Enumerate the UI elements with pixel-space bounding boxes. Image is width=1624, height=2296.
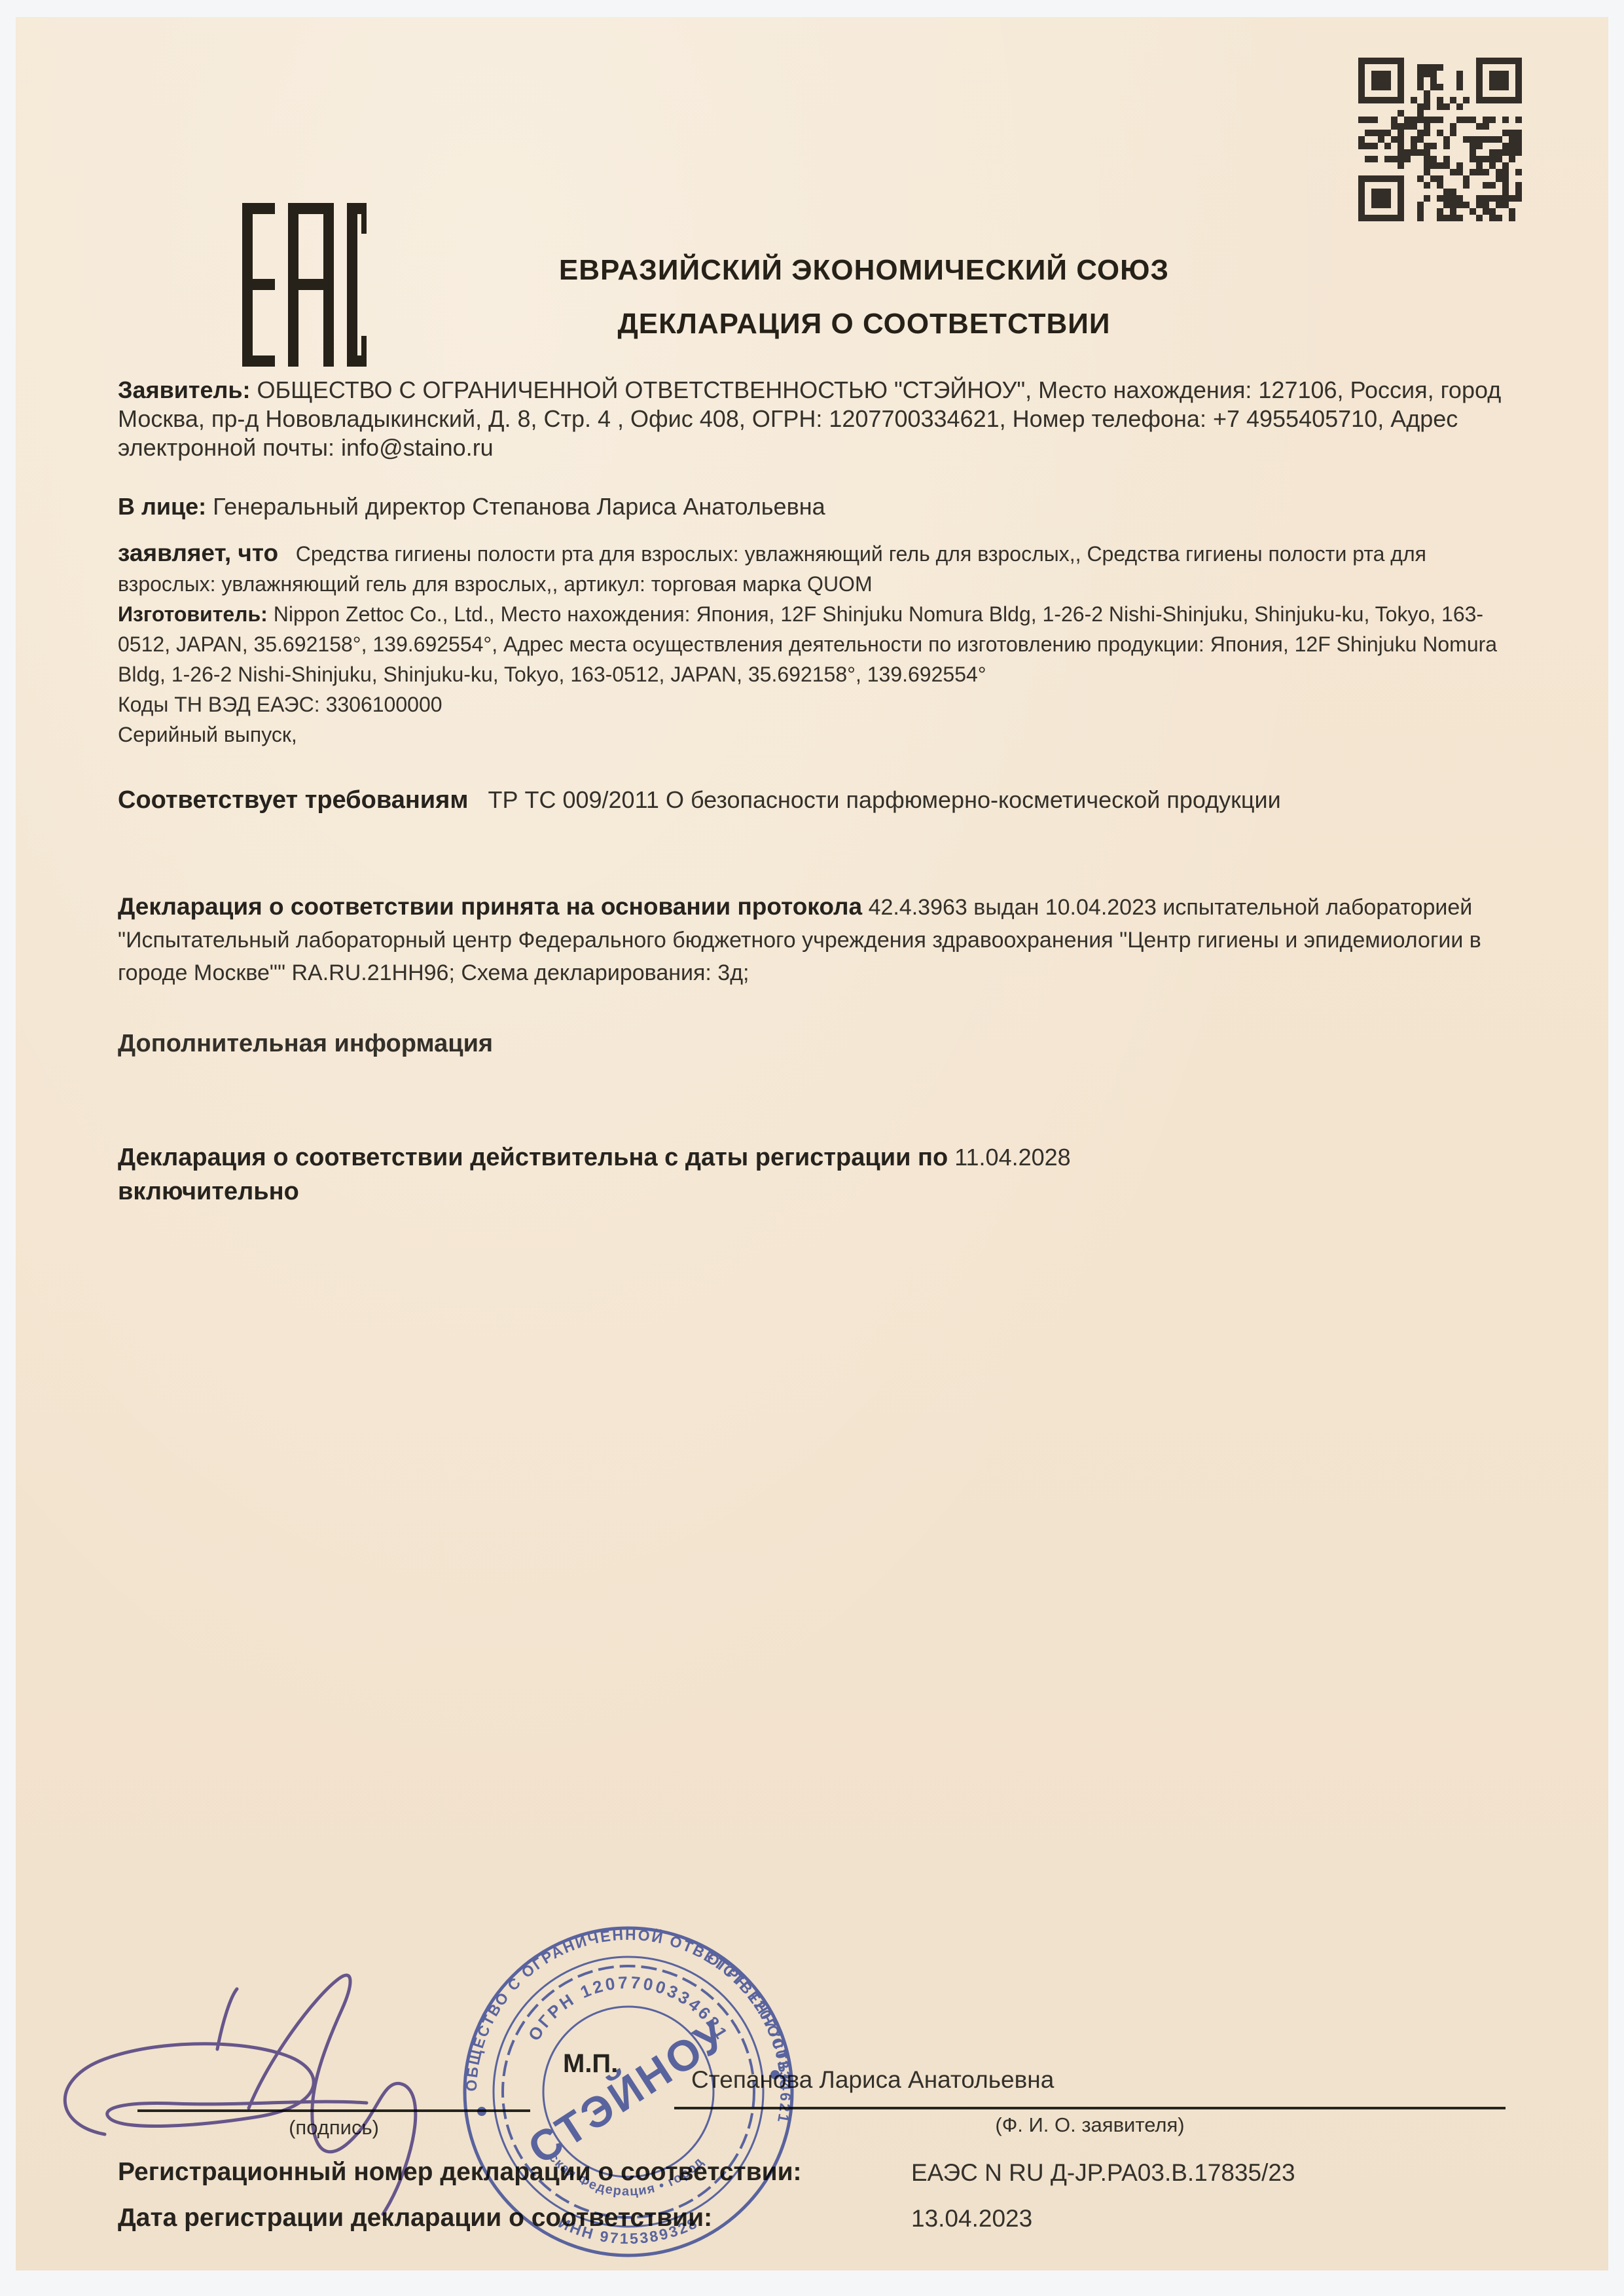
page-subtitle: ДЕКЛАРАЦИЯ О СООТВЕТСТВИИ — [262, 308, 1466, 340]
page-title: ЕВРАЗИЙСКИЙ ЭКОНОМИЧЕСКИЙ СОЮЗ — [262, 254, 1466, 287]
signature — [26, 1918, 583, 2259]
serial-issue: Серийный выпуск, — [118, 720, 1525, 750]
declares-label: заявляет, что — [118, 539, 278, 566]
reg-number-value: ЕАЭС N RU Д-JP.РА03.В.17835/23 — [911, 2159, 1295, 2187]
person-label: В лице: — [118, 493, 206, 520]
additional-info-label: Дополнительная информация — [118, 1029, 1525, 1058]
scanned-declaration-page: { "header": { "eac_logo": "eac-mark", "q… — [0, 0, 1624, 2296]
person-text: Генеральный директор Степанова Лариса Ан… — [213, 493, 825, 520]
applicant-text: ОБЩЕСТВО С ОГРАНИЧЕННОЙ ОТВЕТСТВЕННОСТЬЮ… — [118, 376, 1501, 461]
manufacturer-text: Nippon Zettoc Co., Ltd., Место нахождени… — [118, 602, 1497, 686]
person-paragraph: В лице: Генеральный директор Степанова Л… — [118, 492, 1525, 521]
validity-paragraph: Декларация о соответствии действительна … — [118, 1140, 1525, 1209]
validity-suffix: включительно — [118, 1178, 299, 1205]
applicant-paragraph: Заявитель: ОБЩЕСТВО С ОГРАНИЧЕННОЙ ОТВЕТ… — [118, 376, 1525, 462]
document-paper: ЕВРАЗИЙСКИЙ ЭКОНОМИЧЕСКИЙ СОЮЗ ДЕКЛАРАЦИ… — [16, 17, 1608, 2270]
comply-label: Соответствует требованиям — [118, 786, 468, 814]
reg-date-value: 13.04.2023 — [911, 2205, 1032, 2232]
validity-date: 11.04.2028 — [954, 1144, 1071, 1171]
basis-label: Декларация о соответствии принята на осн… — [118, 893, 862, 920]
qr-code — [1358, 58, 1522, 221]
manufacturer-paragraph: Изготовитель: Nippon Zettoc Co., Ltd., М… — [118, 599, 1525, 750]
manufacturer-label: Изготовитель: — [118, 602, 268, 626]
comply-paragraph: Соответствует требованиям ТР ТС 009/2011… — [118, 783, 1525, 817]
declares-text: Средства гигиены полости рта для взрослы… — [118, 542, 1426, 596]
declares-paragraph: заявляет, что Средства гигиены полости р… — [118, 538, 1525, 599]
basis-paragraph: Декларация о соответствии принята на осн… — [118, 890, 1525, 989]
tnved-codes: Коды ТН ВЭД ЕАЭС: 3306100000 — [118, 689, 1525, 720]
validity-label: Декларация о соответствии действительна … — [118, 1144, 948, 1171]
applicant-label: Заявитель: — [118, 376, 250, 403]
comply-text: ТР ТС 009/2011 О безопасности парфюмерно… — [488, 786, 1280, 813]
